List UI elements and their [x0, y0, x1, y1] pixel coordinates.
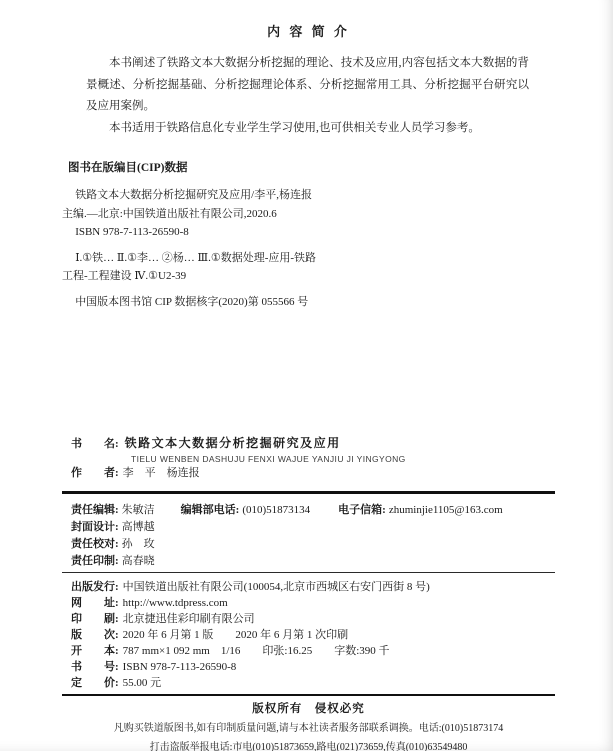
edition-label: 版 次:: [71, 629, 119, 641]
intro-paragraph-1: 本书阐述了铁路文本大数据分析挖掘的理论、技术及应用,内容包括文本大数据的背景概述…: [62, 53, 555, 118]
publisher-row: 出版发行:中国铁道出版社有限公司(100054,北京市西城区右安门西街 8 号): [71, 579, 555, 595]
cip-record-block: 铁路文本大数据分析挖掘研究及应用/李平,杨连报 主编.—北京:中国铁道出版社有限…: [62, 186, 555, 242]
edition-value: 2020 年 6 月第 1 版 2020 年 6 月第 1 次印刷: [123, 629, 349, 641]
book-title-label: 书 名:: [71, 438, 119, 450]
printer-label: 印 刷:: [71, 613, 119, 625]
book-info-section: 书 名:铁路文本大数据分析挖掘研究及应用 TIELU WENBEN DASHUJ…: [62, 435, 555, 482]
editorial-section: 责任编辑:朱敏洁编辑部电话:(010)51873134电子信箱:zhuminji…: [62, 502, 555, 570]
intro-paragraph-2: 本书适用于铁路信息化专业学生学习使用,也可供相关专业人员学习参考。: [62, 118, 555, 140]
book-author-label: 作 者:: [71, 467, 119, 479]
editor-label: 责任编辑:: [71, 504, 119, 516]
copyright-piracy-line: 打击盗版举报电话:市电(010)51873659,路电(021)73659,传真…: [62, 740, 555, 751]
divider-thin: [62, 572, 555, 573]
editorial-row: 责任编辑:朱敏洁编辑部电话:(010)51873134电子信箱:zhuminji…: [71, 502, 555, 519]
book-title-value: 铁路文本大数据分析挖掘研究及应用: [125, 436, 341, 450]
website-row: 网 址:http://www.tdpress.com: [71, 595, 555, 611]
book-title-pinyin: TIELU WENBEN DASHUJU FENXI WAJUE YANJIU …: [131, 453, 555, 465]
price-label: 定 价:: [71, 677, 119, 689]
proofreader-label: 责任校对:: [71, 538, 119, 550]
print-supervisor-label: 责任印制:: [71, 555, 119, 567]
isbn-row: 书 号:ISBN 978-7-113-26590-8: [71, 659, 555, 675]
edition-row: 版 次:2020 年 6 月第 1 版 2020 年 6 月第 1 次印刷: [71, 627, 555, 643]
price-row: 定 价:55.00 元: [71, 675, 555, 691]
editorial-row: 责任校对:孙 玫: [71, 536, 555, 553]
colophon-section: 出版发行:中国铁道出版社有限公司(100054,北京市西城区右安门西街 8 号)…: [62, 579, 555, 691]
email-label: 电子信箱:: [338, 504, 386, 516]
divider-medium: [62, 694, 555, 696]
book-author-value: 李 平 杨连报: [123, 467, 200, 479]
book-title-row: 书 名:铁路文本大数据分析挖掘研究及应用: [71, 435, 555, 453]
format-row: 开 本:787 mm×1 092 mm 1/16 印张:16.25 字数:390…: [71, 643, 555, 659]
website-value: http://www.tdpress.com: [123, 597, 228, 609]
price-value: 55.00 元: [123, 677, 162, 689]
cip-classification-block: Ⅰ.①铁… Ⅱ.①李… ②杨… Ⅲ.①数据处理-应用-铁路 工程-工程建设 Ⅳ.…: [62, 249, 555, 286]
cover-design-value: 高博越: [122, 521, 155, 533]
book-copyright-page: 内 容 简 介 本书阐述了铁路文本大数据分析挖掘的理论、技术及应用,内容包括文本…: [0, 0, 613, 751]
dept-phone-label: 编辑部电话:: [181, 504, 240, 516]
dept-phone-value: (010)51873134: [242, 504, 310, 516]
isbn-label: 书 号:: [71, 661, 119, 673]
editor-value: 朱敏洁: [122, 504, 155, 516]
proofreader-value: 孙 玫: [122, 538, 155, 550]
publisher-value: 中国铁道出版社有限公司(100054,北京市西城区右安门西街 8 号): [123, 581, 430, 593]
cip-title-line: 铁路文本大数据分析挖掘研究及应用/李平,杨连报: [62, 186, 555, 205]
email-value: zhuminjie1105@163.com: [389, 504, 503, 516]
isbn-value: ISBN 978-7-113-26590-8: [123, 661, 237, 673]
cip-heading: 图书在版编目(CIP)数据: [68, 161, 555, 176]
cip-class-line-2: 工程-工程建设 Ⅳ.①U2-39: [62, 267, 555, 286]
cip-isbn-line: ISBN 978-7-113-26590-8: [62, 223, 555, 242]
cip-class-line-1: Ⅰ.①铁… Ⅱ.①李… ②杨… Ⅲ.①数据处理-应用-铁路: [62, 249, 555, 268]
book-author-row: 作 者:李 平 杨连报: [71, 465, 555, 482]
website-label: 网 址:: [71, 597, 119, 609]
divider-thick: [62, 491, 555, 494]
intro-section: 内 容 简 介 本书阐述了铁路文本大数据分析挖掘的理论、技术及应用,内容包括文本…: [62, 24, 555, 139]
printer-row: 印 刷:北京捷迅佳彩印刷有限公司: [71, 611, 555, 627]
copyright-service-line: 凡购买铁道版图书,如有印制质量问题,请与本社读者服务部联系调换。电话:(010)…: [62, 721, 555, 738]
copyright-notice-title: 版权所有 侵权必究: [62, 702, 555, 717]
page-content: 内 容 简 介 本书阐述了铁路文本大数据分析挖掘的理论、技术及应用,内容包括文本…: [0, 24, 613, 751]
cip-section: 图书在版编目(CIP)数据 铁路文本大数据分析挖掘研究及应用/李平,杨连报 主编…: [62, 161, 555, 311]
print-supervisor-value: 高春晓: [122, 555, 155, 567]
format-label: 开 本:: [71, 645, 119, 657]
publisher-label: 出版发行:: [71, 581, 119, 593]
cip-publisher-line: 主编.—北京:中国铁道出版社有限公司,2020.6: [62, 205, 555, 224]
editorial-row: 封面设计:高博越: [71, 519, 555, 536]
printer-value: 北京捷迅佳彩印刷有限公司: [123, 613, 255, 625]
intro-title: 内 容 简 介: [62, 24, 555, 40]
format-value: 787 mm×1 092 mm 1/16 印张:16.25 字数:390 千: [123, 645, 390, 657]
copyright-section: 版权所有 侵权必究 凡购买铁道版图书,如有印制质量问题,请与本社读者服务部联系调…: [62, 702, 555, 751]
cip-record-number: 中国版本图书馆 CIP 数据核字(2020)第 055566 号: [62, 293, 555, 312]
cover-design-label: 封面设计:: [71, 521, 119, 533]
editorial-row: 责任印制:高春晓: [71, 553, 555, 570]
